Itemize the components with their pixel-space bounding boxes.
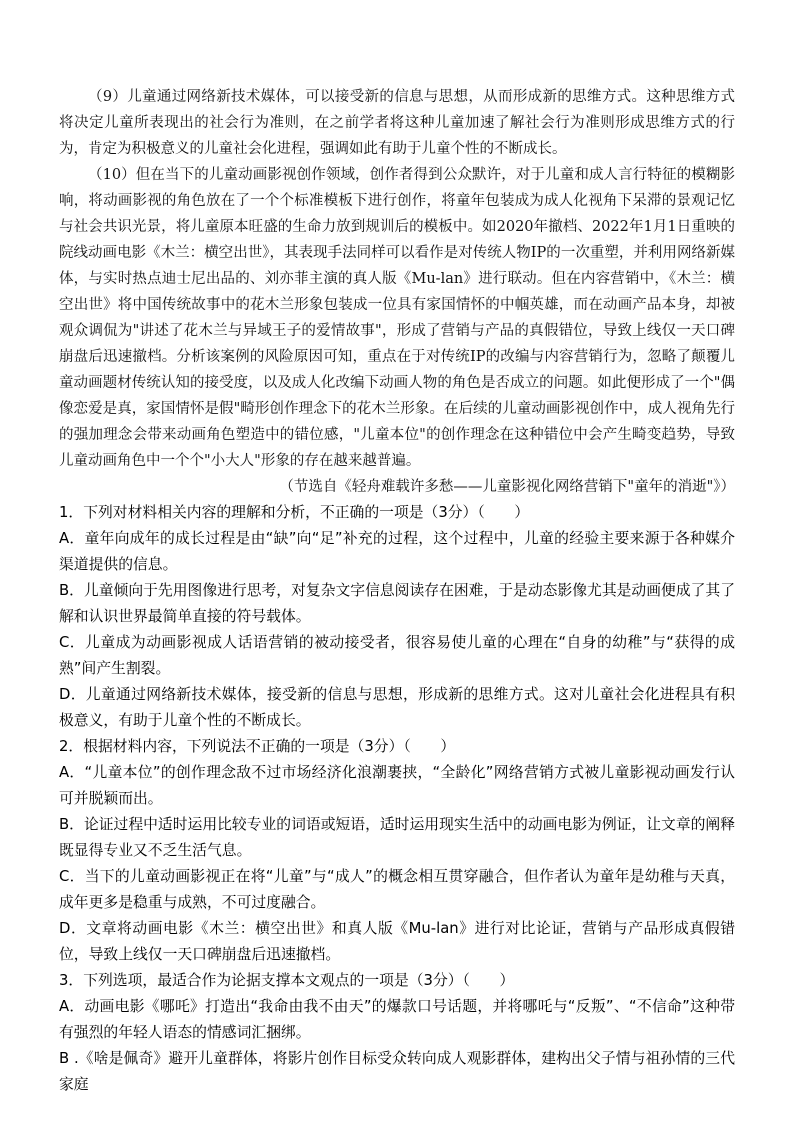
question-3-stem: 3．下列选项，最适合作为论据支撑本文观点的一项是（3分）（ ）	[59, 968, 735, 994]
exam-page: （9）儿童通过网络新技术媒体，可以接受新的信息与思想，从而形成新的思维方式。这种…	[0, 0, 794, 1123]
question-2-option-c: C．当下的儿童动画影视正在将“儿童”与“成人”的概念相互贯穿融合，但作者认为童年…	[59, 864, 735, 916]
question-3-option-b: B .《啥是佩奇》避开儿童群体，将影片创作目标受众转向成人观影群体，建构出父子情…	[59, 1046, 735, 1098]
question-2-option-d: D．文章将动画电影《木兰：横空出世》和真人版《Mu-lan》进行对比论证，营销与…	[59, 916, 735, 968]
question-1-option-a: A．童年向成年的成长过程是由“缺”向“足”补充的过程，这个过程中，儿童的经验主要…	[59, 526, 735, 578]
question-2-option-b: B．论证过程中适时运用比较专业的词语或短语，适时运用现实生活中的动画电影为例证，…	[59, 812, 735, 864]
passage-paragraph-9: （9）儿童通过网络新技术媒体，可以接受新的信息与思想，从而形成新的思维方式。这种…	[59, 84, 735, 162]
passage-paragraph-10: （10）但在当下的儿童动画影视创作领域，创作者得到公众默许，对于儿童和成人言行特…	[59, 162, 735, 474]
question-1-stem: 1．下列对材料相关内容的理解和分析，不正确的一项是（3分）（ ）	[59, 500, 735, 526]
question-2-option-a: A．“儿童本位”的创作理念敌不过市场经济化浪潮裹挟，“全龄化”网络营销方式被儿童…	[59, 760, 735, 812]
question-3-option-a: A．动画电影《哪吒》打造出“我命由我不由天”的爆款口号话题，并将哪吒与“反叛”、…	[59, 994, 735, 1046]
passage-source-attribution: （节选自《轻舟难载许多愁——儿童影视化网络营销下"童年的消逝"》）	[59, 474, 735, 500]
questions-section: 1．下列对材料相关内容的理解和分析，不正确的一项是（3分）（ ） A．童年向成年…	[59, 500, 735, 1098]
reading-passage: （9）儿童通过网络新技术媒体，可以接受新的信息与思想，从而形成新的思维方式。这种…	[59, 84, 735, 500]
question-1-option-c: C．儿童成为动画影视成人话语营销的被动接受者，很容易使儿童的心理在“自身的幼稚”…	[59, 630, 735, 682]
question-1-option-b: B．儿童倾向于先用图像进行思考，对复杂文字信息阅读存在困难，于是动态影像尤其是动…	[59, 578, 735, 630]
question-1-option-d: D．儿童通过网络新技术媒体，接受新的信息与思想，形成新的思维方式。这对儿童社会化…	[59, 682, 735, 734]
question-2-stem: 2．根据材料内容，下列说法不正确的一项是（3分）（ ）	[59, 734, 735, 760]
